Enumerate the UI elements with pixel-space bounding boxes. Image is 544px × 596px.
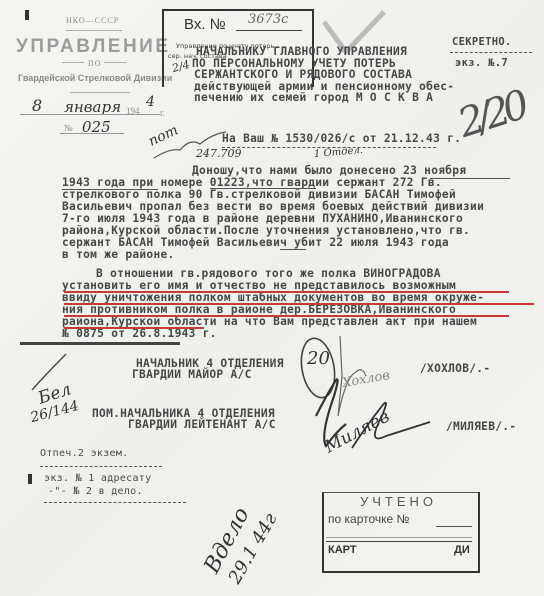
incoming-stamp-number: 3673с xyxy=(248,12,288,27)
red-underline xyxy=(64,327,204,329)
handwritten-number: 2/20 xyxy=(453,83,530,147)
signature-title: ГВАРДИИ ЛЕЙТЕНАНТ А/С xyxy=(128,419,276,430)
incoming-stamp-label: Вх. № xyxy=(184,16,226,33)
org-line: НКО—СССР xyxy=(66,16,119,25)
number-underline xyxy=(60,133,124,134)
number-label: № xyxy=(64,123,73,133)
underline xyxy=(62,189,158,190)
divider xyxy=(70,92,130,93)
divider xyxy=(450,52,532,53)
underline xyxy=(436,526,472,527)
underline xyxy=(210,188,316,189)
annotation-ref: 247.709 xyxy=(196,147,242,160)
red-underline xyxy=(64,303,534,305)
reference-line: На Ваш № 1530/026/с от 21.12.43 г. xyxy=(222,132,461,145)
copy-number: экз. №.7 xyxy=(455,57,508,69)
divider xyxy=(62,62,84,63)
incoming-number-underline xyxy=(236,30,302,31)
addressee-line: печению их семей город М О С К В А xyxy=(194,92,454,104)
circled-number: 20 xyxy=(307,348,330,369)
red-underline xyxy=(64,315,509,317)
date-year-suffix: 4 xyxy=(146,94,155,110)
signature-block-2: ПОМ.НАЧАЛЬНИКА 4 ОТДЕЛЕНИЯ ГВАРДИИ ЛЕЙТЕ… xyxy=(92,408,276,430)
divider xyxy=(20,342,180,345)
date-underline xyxy=(20,114,160,115)
registered-line2: КАРТ xyxy=(328,544,357,556)
signature-title: ГВАРДИИ МАЙОР А/С xyxy=(132,369,284,380)
divider xyxy=(44,502,186,503)
divider xyxy=(222,147,436,148)
letterhead-title: УПРАВЛЕНИЕ xyxy=(16,36,171,58)
divider xyxy=(40,466,162,467)
registered-line2-end: ДИ xyxy=(454,544,470,556)
underline xyxy=(326,537,472,538)
underline xyxy=(430,178,510,179)
copy-1: экз. № 1 адресату xyxy=(44,473,151,484)
divider xyxy=(326,541,472,542)
document-page: НКО—СССР УПРАВЛЕНИЕ ПО Гвардейской Стрел… xyxy=(0,0,544,596)
addressee-line: СЕРЖАНТСКОГО И РЯДОВОГО СОСТАВА xyxy=(194,69,454,81)
punch-mark xyxy=(28,474,32,484)
letterhead-division: Гвардейской Стрелковой Дивизии xyxy=(18,73,172,83)
divider xyxy=(66,30,122,31)
copy-2: -"- № 2 в дело. xyxy=(48,486,143,497)
signature-name-2: /МИЛЯЕВ/.- xyxy=(446,420,516,433)
body-line: в том же районе. xyxy=(62,249,484,261)
secrecy-label: СЕКРЕТНО. xyxy=(452,36,512,48)
printed-copies: Отпеч.2 экзем. xyxy=(40,448,129,459)
date-g: г. xyxy=(160,108,165,118)
date-day: 8 xyxy=(32,96,42,115)
registered-title: УЧТЕНО xyxy=(360,494,437,509)
underline xyxy=(280,249,306,250)
addressee-block: НАЧАЛЬНИКУ ГЛАВНОГО УПРАВЛЕНИЯ ПО ПЕРСОН… xyxy=(196,46,454,104)
divider xyxy=(104,62,126,63)
signature-block-1: НАЧАЛЬНИК 4 ОТДЕЛЕНИЯ ГВАРДИИ МАЙОР А/С xyxy=(136,358,284,380)
addressee-line: НАЧАЛЬНИКУ ГЛАВНОГО УПРАВЛЕНИЯ xyxy=(196,46,454,58)
body-paragraph-1: Доношу,что нами было донесено 23 ноября … xyxy=(62,165,484,261)
red-underline xyxy=(64,291,509,293)
letterhead-po: ПО xyxy=(88,59,102,68)
punch-mark xyxy=(25,10,29,20)
registered-line1: по карточке № xyxy=(328,512,409,526)
